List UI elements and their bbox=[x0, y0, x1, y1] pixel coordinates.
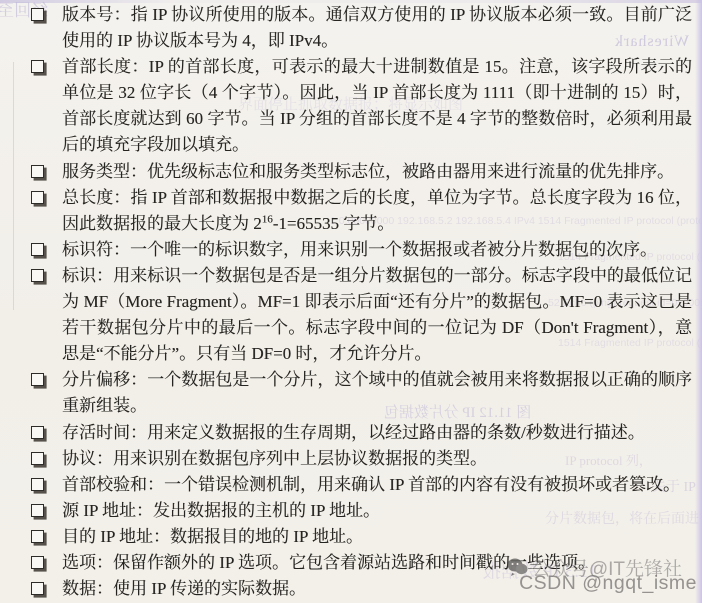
field-text: 存活时间：用来定义数据报的生存周期，以经过路由器的条数/秒数进行描述。 bbox=[62, 423, 645, 442]
list-item-identifier: 标识符：一个唯一的标识数字，用来识别一个数据报或者被分片数据包的次序。 bbox=[0, 237, 692, 263]
checkbox-bullet-icon bbox=[31, 582, 44, 595]
list-item-data: 数据：使用 IP 传递的实际数据。 bbox=[0, 576, 692, 602]
field-text: 服务类型：优先级标志位和服务类型标志位，被路由器用来进行流量的优先排序。 bbox=[62, 162, 674, 181]
list-item-total-length: 总长度：指 IP 首部和数据报中数据之后的长度，单位为字节。总长度字段为 16 … bbox=[0, 185, 692, 237]
checkbox-bullet-icon bbox=[31, 191, 44, 204]
field-text: 目的 IP 地址：数据报目的地的 IP 地址。 bbox=[62, 527, 363, 546]
checkbox-bullet-icon bbox=[31, 373, 44, 386]
ip-header-field-list: 版本号：指 IP 协议所使用的版本。通信双方使用的 IP 协议版本必须一致。目前… bbox=[0, 0, 702, 602]
checkbox-bullet-icon bbox=[31, 530, 44, 543]
page-fold-line bbox=[13, 62, 14, 310]
field-text: 数据：使用 IP 传递的实际数据。 bbox=[62, 579, 306, 598]
list-item-protocol: 协议：用来识别在数据包序列中上层协议数据报的类型。 bbox=[0, 446, 692, 472]
list-item-source-ip: 源 IP 地址：发出数据报的主机的 IP 地址。 bbox=[0, 498, 692, 524]
field-text: -1=65535 字节。 bbox=[273, 214, 395, 233]
field-text: 源 IP 地址：发出数据报的主机的 IP 地址。 bbox=[62, 501, 380, 520]
list-item-service-type: 服务类型：优先级标志位和服务类型标志位，被路由器用来进行流量的优先排序。 bbox=[0, 159, 692, 185]
checkbox-bullet-icon bbox=[31, 243, 44, 256]
checkbox-bullet-icon bbox=[31, 556, 44, 569]
field-text: 标识：用来标识一个数据包是否是一组分片数据包的一部分。标志字段中的最低位记为 M… bbox=[62, 266, 692, 363]
field-text: 分片偏移：一个数据包是一个分片，这个域中的值就会被用来将数据报以正确的顺序重新组… bbox=[62, 370, 692, 415]
checkbox-bullet-icon bbox=[31, 269, 44, 282]
field-text: 版本号：指 IP 协议所使用的版本。通信双方使用的 IP 协议版本必须一致。目前… bbox=[62, 5, 692, 50]
checkbox-bullet-icon bbox=[31, 165, 44, 178]
checkbox-bullet-icon bbox=[31, 8, 44, 21]
scanned-book-page: 经回至 Wireshark 界面停止抓取数据报；将显示如图 1 0.000000… bbox=[0, 0, 702, 603]
list-item-destination-ip: 目的 IP 地址：数据报目的地的 IP 地址。 bbox=[0, 524, 692, 550]
checkbox-bullet-icon bbox=[31, 60, 44, 73]
field-text: 首部长度：IP 的首部长度，可表示的最大十进制数值是 15。注意，该字段所表示的… bbox=[62, 57, 692, 154]
page-top-edge bbox=[0, 0, 702, 3]
list-item-fragment-offset: 分片偏移：一个数据包是一个分片，这个域中的值就会被用来将数据报以正确的顺序重新组… bbox=[0, 367, 692, 419]
checkbox-bullet-icon bbox=[31, 426, 44, 439]
field-text: 标识符：一个唯一的标识数字，用来识别一个数据报或者被分片数据包的次序。 bbox=[62, 240, 657, 259]
checkbox-bullet-icon bbox=[31, 504, 44, 517]
list-item-flags: 标识：用来标识一个数据包是否是一组分片数据包的一部分。标志字段中的最低位记为 M… bbox=[0, 263, 692, 367]
list-item-header-checksum: 首部校验和：一个错误检测机制，用来确认 IP 首部的内容有没有被损坏或者篡改。 bbox=[0, 472, 692, 498]
list-item-options: 选项：保留作额外的 IP 选项。它包含着源站选路和时间戳的一些选项。 bbox=[0, 550, 692, 576]
field-text: 协议：用来识别在数据包序列中上层协议数据报的类型。 bbox=[62, 449, 487, 468]
field-text: 首部校验和：一个错误检测机制，用来确认 IP 首部的内容有没有被损坏或者篡改。 bbox=[62, 475, 680, 494]
field-text: 选项：保留作额外的 IP 选项。它包含着源站选路和时间戳的一些选项。 bbox=[62, 553, 595, 572]
checkbox-bullet-icon bbox=[31, 452, 44, 465]
checkbox-bullet-icon bbox=[31, 478, 44, 491]
page-right-edge bbox=[695, 0, 702, 603]
exponent: 16 bbox=[262, 213, 273, 225]
list-item-ttl: 存活时间：用来定义数据报的生存周期，以经过路由器的条数/秒数进行描述。 bbox=[0, 420, 692, 446]
list-item-header-length: 首部长度：IP 的首部长度，可表示的最大十进制数值是 15。注意，该字段所表示的… bbox=[0, 54, 692, 158]
list-item-version: 版本号：指 IP 协议所使用的版本。通信双方使用的 IP 协议版本必须一致。目前… bbox=[0, 2, 692, 54]
